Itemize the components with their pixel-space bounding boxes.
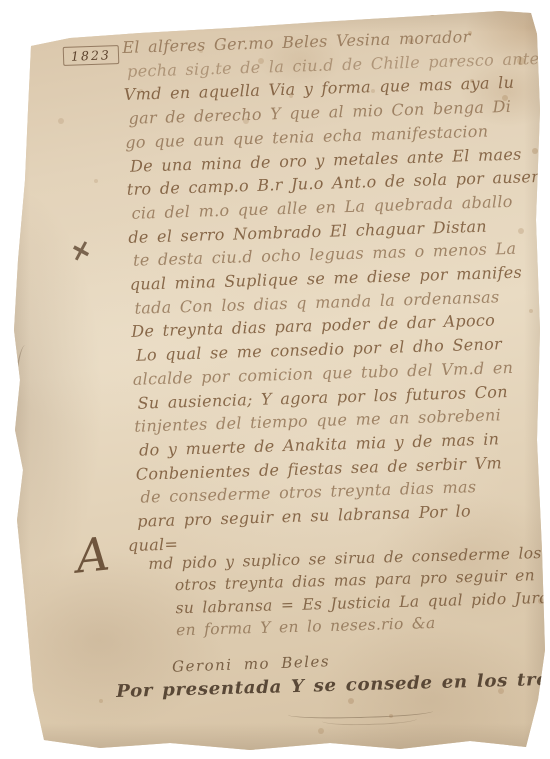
archival-number: 1823: [71, 47, 111, 63]
petition-initial: A: [73, 526, 112, 583]
manuscript-scan: 1823 + El alferes Ger.mo Beles Vesina mo…: [0, 0, 550, 759]
paper-fold-crease: [10, 462, 31, 529]
petition-block: md pido y suplico se sirua de consederme…: [148, 542, 542, 642]
paper-foxing-spots: [0, 0, 4, 4]
margin-cross-mark: +: [62, 229, 99, 272]
signature: Geroni mo Beles: [172, 652, 331, 676]
manuscript-body: El alferes Ger.mo Beles Vesina morador p…: [122, 23, 550, 557]
archival-number-stamp: 1823: [63, 45, 119, 66]
manuscript-page: 1823 + El alferes Ger.mo Beles Vesina mo…: [0, 0, 550, 759]
paper-fold-crease: [9, 345, 34, 476]
